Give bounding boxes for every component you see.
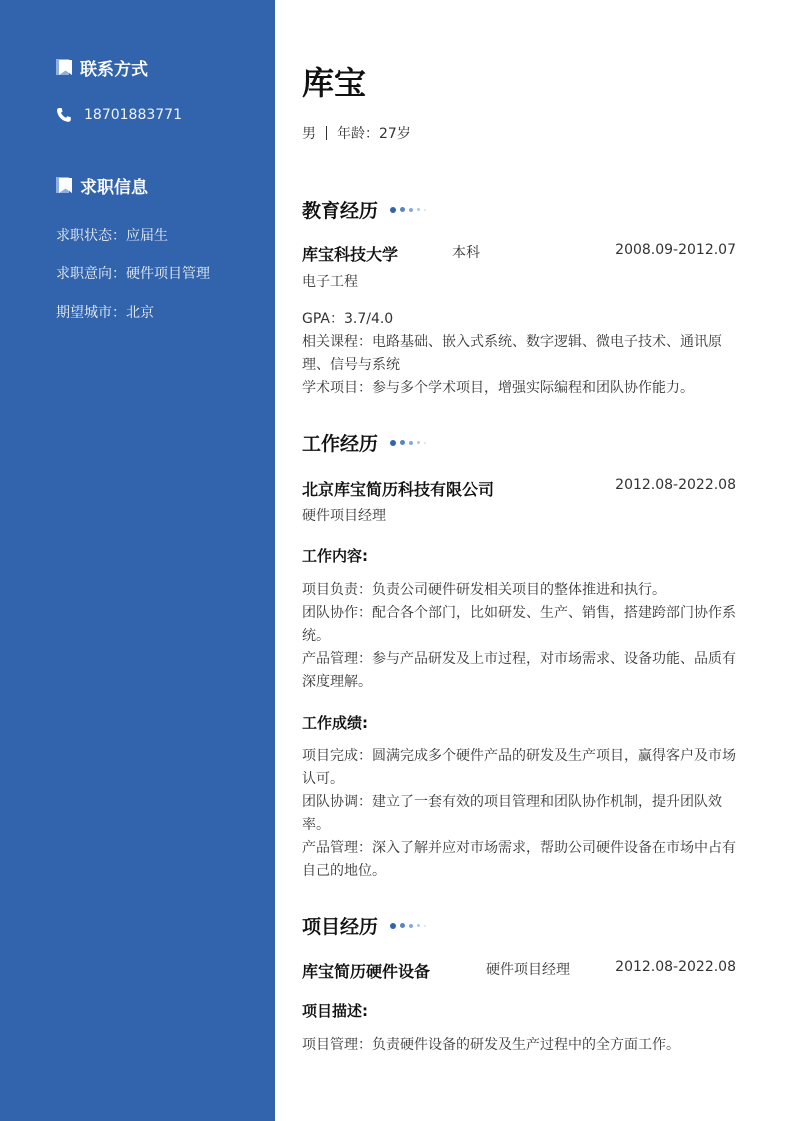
decorative-dots-icon xyxy=(390,923,430,929)
project-header: 库宝简历硬件设备 硬件项目经理 2012.08-2022.08 xyxy=(302,959,736,981)
work-achievements: 项目完成：圆满完成多个硬件产品的研发及生产项目，赢得客户及市场认可。 团队协调：… xyxy=(302,745,736,883)
courses: 相关课程：电路基础、嵌入式系统、数字逻辑、微电子技术、通讯原理、信号与系统 xyxy=(302,331,736,377)
work-content-item: 产品管理：参与产品研发及上市过程，对市场需求、设备功能、品质有深度理解。 xyxy=(302,648,736,694)
achievement-item: 团队协调：建立了一套有效的项目管理和团队协作机制，提升团队效率。 xyxy=(302,791,736,837)
job-title-text: 求职信息 xyxy=(80,173,148,198)
project-desc: 项目管理：负责硬件设备的研发及生产过程中的全方面工作。 xyxy=(302,1034,736,1057)
degree: 本科 xyxy=(452,242,480,262)
phone-icon xyxy=(56,107,72,123)
work-date: 2012.08-2022.08 xyxy=(615,477,736,493)
work-content-item: 项目负责：负责公司硬件研发相关项目的整体推进和执行。 xyxy=(302,579,736,602)
bookmark-icon xyxy=(56,177,73,194)
job-section-title: 求职信息 xyxy=(56,173,148,198)
major: 电子工程 xyxy=(302,271,736,291)
decorative-dots-icon xyxy=(390,440,430,446)
achievement-item: 项目完成：圆满完成多个硬件产品的研发及生产项目，赢得客户及市场认可。 xyxy=(302,745,736,791)
project-desc-item: 项目管理：负责硬件设备的研发及生产过程中的全方面工作。 xyxy=(302,1034,736,1057)
sidebar: 联系方式 18701883771 求职信息 求职状态：应届生 求职意向：硬件项目… xyxy=(0,0,275,1121)
candidate-name: 库宝 xyxy=(302,58,366,104)
job-status: 求职状态：应届生 xyxy=(56,225,168,245)
project-section-title: 项目经历 xyxy=(302,912,430,939)
company-name: 北京库宝简历科技有限公司 xyxy=(302,480,494,499)
gpa: GPA：3.7/4.0 xyxy=(302,308,736,331)
education-section-title: 教育经历 xyxy=(302,196,430,223)
project-title-text: 项目经历 xyxy=(302,912,378,939)
phone-row: 18701883771 xyxy=(56,107,182,123)
gender: 男 xyxy=(302,123,316,143)
education-header: 库宝科技大学 本科 2008.09-2012.07 xyxy=(302,242,736,264)
project-date: 2012.08-2022.08 xyxy=(615,959,736,975)
age: 年龄：27岁 xyxy=(337,123,411,143)
work-content: 项目负责：负责公司硬件研发相关项目的整体推进和执行。 团队协作：配合各个部门，比… xyxy=(302,579,736,694)
job-intention: 求职意向：硬件项目管理 xyxy=(56,263,210,283)
school-name: 库宝科技大学 xyxy=(302,245,398,264)
phone-number: 18701883771 xyxy=(84,107,182,123)
contact-title-text: 联系方式 xyxy=(80,55,148,80)
work-achievement-title: 工作成绩: xyxy=(302,712,736,733)
work-title-text: 工作经历 xyxy=(302,429,378,456)
decorative-dots-icon xyxy=(390,207,430,213)
work-content-item: 团队协作：配合各个部门，比如研发、生产、销售，搭建跨部门协作系统。 xyxy=(302,602,736,648)
contact-section-title: 联系方式 xyxy=(56,55,148,80)
achievement-item: 产品管理：深入了解并应对市场需求，帮助公司硬件设备在市场中占有自己的地位。 xyxy=(302,837,736,883)
work-section-title: 工作经历 xyxy=(302,429,430,456)
project-desc-title: 项目描述: xyxy=(302,1000,736,1021)
education-details: GPA：3.7/4.0 相关课程：电路基础、嵌入式系统、数字逻辑、微电子技术、通… xyxy=(302,308,736,400)
position: 硬件项目经理 xyxy=(302,505,736,525)
basic-info: 男 年龄：27岁 xyxy=(302,123,411,143)
work-header: 北京库宝简历科技有限公司 2012.08-2022.08 xyxy=(302,477,736,499)
academic-projects: 学术项目：参与多个学术项目，增强实际编程和团队协作能力。 xyxy=(302,377,736,400)
bookmark-icon xyxy=(56,59,73,76)
divider xyxy=(326,126,327,140)
project-role: 硬件项目经理 xyxy=(486,959,570,979)
education-title-text: 教育经历 xyxy=(302,196,378,223)
education-date: 2008.09-2012.07 xyxy=(615,242,736,258)
expected-city: 期望城市：北京 xyxy=(56,302,154,322)
project-name: 库宝简历硬件设备 xyxy=(302,962,430,981)
work-content-title: 工作内容: xyxy=(302,545,736,566)
